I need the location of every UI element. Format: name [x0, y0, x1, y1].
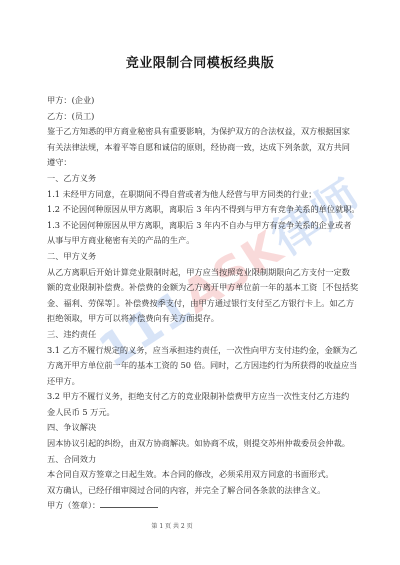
section-heading-5: 五、合同效力: [47, 452, 355, 468]
section-3-line: 3.2 甲方不履行义务，拒绝支付乙方的竞业限制补偿费甲方应当一次性支付乙方违约: [47, 389, 355, 405]
section-heading-2: 二、甲方义务: [47, 249, 355, 265]
section-2-line: 从乙方离职后开始计算竞业限制时起，甲方应当按照竞业限制期限向乙方支付一定数: [47, 265, 355, 281]
section-1-line: 从事与甲方商业秘密有关的产品的生产。: [47, 233, 355, 249]
section-1-line: 1.1 未经甲方同意，在职期间不得自营或者为他人经营与甲方同类的行业；: [47, 187, 355, 203]
section-3-line: 方离开甲方单位前一年的基本工资的 50 倍。同时，乙方因违约行为所获得的收益应当: [47, 358, 355, 374]
preamble-line: 遵守：: [47, 155, 355, 171]
section-5-line: 本合同自双方签章之日起生效。本合同的修改，必须采用双方同意的书面形式。: [47, 467, 355, 483]
document-page: 111ASK律师 竞业限制合同模板经典版 甲方：(企业) 乙方：(员工) 鉴于乙…: [0, 0, 400, 565]
section-heading-4: 四、争议解决: [47, 420, 355, 436]
page-indicator: 第 1 页 共 2 页: [0, 521, 344, 530]
section-1-line: 1.3 不论因何种原因从甲方离职，离职后 3 年内不自办与甲方有竞争关系的企业或…: [47, 218, 355, 234]
section-1-line: 1.2 不论因何种原因从甲方离职，离职后 3 年内不得到与甲方有竞争关系的单位就…: [47, 202, 355, 218]
section-3-line: 3.1 乙方不履行规定的义务，应当承担违约责任，一次性向甲方支付违约金，金额为乙: [47, 343, 355, 359]
section-heading-3: 三、违约责任: [47, 327, 355, 343]
section-3-line: 金人民币 5 万元。: [47, 405, 355, 421]
preamble-line: 鉴于乙方知悉的甲方商业秘密具有重要影响，为保护双方的合法权益，双方根据国家: [47, 124, 355, 140]
section-2-line: 拒绝领取，甲方可以将补偿费向有关方面提存。: [47, 311, 355, 327]
document-body: 甲方：(企业) 乙方：(员工) 鉴于乙方知悉的甲方商业秘密具有重要影响，为保护双…: [47, 93, 355, 514]
preamble-line: 有关法律法规，本着平等自愿和诚信的原则，经协商一致，达成下列条款，双方共同: [47, 140, 355, 156]
party-b-line: 乙方：(员工): [47, 109, 355, 125]
section-2-line: 金、福利、劳保等］。补偿费按季支付，由甲方通过银行支付至乙方银行卡上。如乙方: [47, 296, 355, 312]
party-a-line: 甲方：(企业): [47, 93, 355, 109]
section-3-line: 还甲方。: [47, 374, 355, 390]
section-5-line: 双方确认，已经仔细审阅过合同的内容，并完全了解合同各条款的法律含义。: [47, 483, 355, 499]
section-4-line: 因本协议引起的纠纷，由双方协商解决。如协商不成，则提交苏州仲裁委员会仲裁。: [47, 436, 355, 452]
signature-blank-line: [100, 499, 158, 508]
section-2-line: 额的竞业限制补偿费。补偿费的金额为乙方离开甲方单位前一年的基本工资［不包括奖: [47, 280, 355, 296]
signature-label: 甲方（签章）：: [47, 500, 100, 510]
signature-row: 甲方（签章）：: [47, 498, 355, 514]
section-heading-1: 一、乙方义务: [47, 171, 355, 187]
document-title: 竞业限制合同模板经典版: [0, 52, 400, 71]
